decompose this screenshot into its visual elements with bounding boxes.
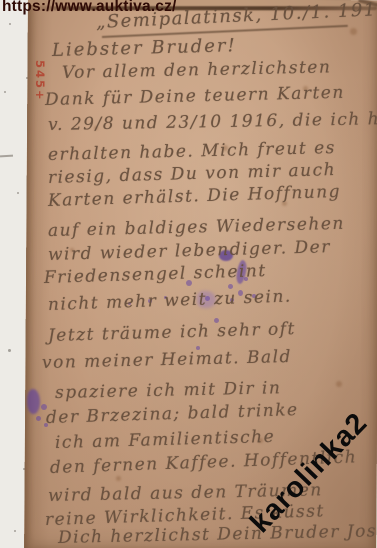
postcard-scan: 545+ „Semipalatinsk, 10./1. 1917. Liebst… [0,0,377,548]
margin-speck [8,349,11,352]
handwriting-line: v. 29/8 und 23/10 1916, die ich heute [48,107,377,138]
margin-speck [9,23,11,25]
margin-speck [4,91,6,93]
margin-scratch [0,155,13,158]
margin-speck [17,192,19,194]
margin-speck [14,530,16,532]
site-url-watermark: https://www.auktiva.cz/ [2,0,177,16]
